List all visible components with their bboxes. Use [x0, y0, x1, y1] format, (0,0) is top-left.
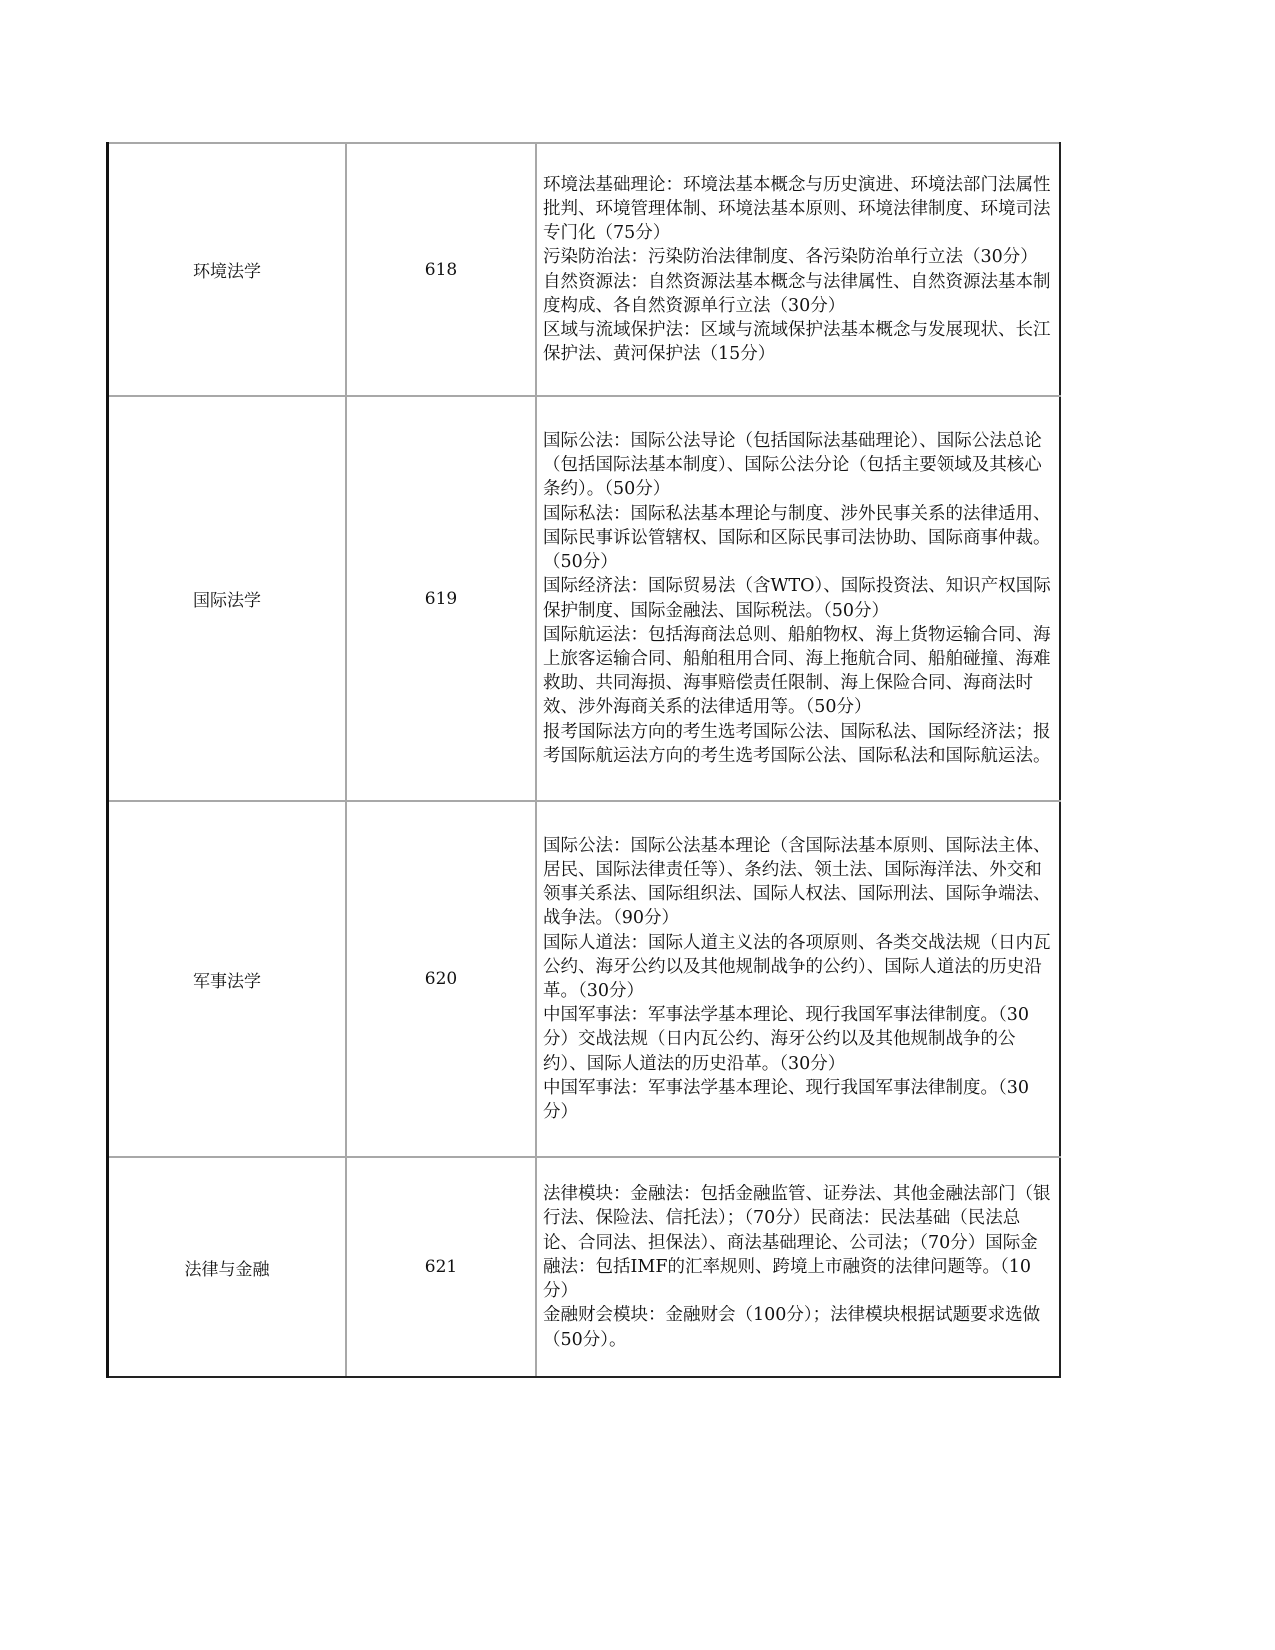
- content-paragraph: 法律模块：金融法：包括金融监管、证券法、其他金融法部门（银行法、保险法、信托法）…: [543, 1182, 1055, 1303]
- content-paragraph: 国际人道法：国际人道主义法的各项原则、各类交战法规（日内瓦公约、海牙公约以及其他…: [543, 931, 1055, 1004]
- subject-cell: 军事法学: [108, 801, 347, 1157]
- exam-code-cell: 618: [346, 143, 536, 396]
- content-paragraph: 国际经济法：国际贸易法（含WTO）、国际投资法、知识产权国际保护制度、国际金融法…: [543, 574, 1055, 622]
- subject-cell: 法律与金融: [108, 1157, 347, 1377]
- content-paragraph: 环境法基础理论：环境法基本概念与历史演进、环境法部门法属性批判、环境管理体制、环…: [543, 173, 1055, 246]
- content-cell: 国际公法：国际公法导论（包括国际法基础理论）、国际公法总论（包括国际法基本制度）…: [536, 396, 1060, 801]
- content-paragraph: 国际航运法：包括海商法总则、船舶物权、海上货物运输合同、海上旅客运输合同、船舶租…: [543, 623, 1055, 720]
- content-cell: 国际公法：国际公法基本理论（含国际法基本原则、国际法主体、居民、国际法律责任等）…: [536, 801, 1060, 1157]
- exam-syllabus-table: 环境法学 618 环境法基础理论：环境法基本概念与历史演进、环境法部门法属性批判…: [106, 142, 1061, 1378]
- exam-code-cell: 621: [346, 1157, 536, 1377]
- table-row: 军事法学 620 国际公法：国际公法基本理论（含国际法基本原则、国际法主体、居民…: [108, 801, 1061, 1157]
- document-page: 环境法学 618 环境法基础理论：环境法基本概念与历史演进、环境法部门法属性批判…: [0, 0, 1275, 1650]
- content-paragraph: 金融财会模块：金融财会（100分）；法律模块根据试题要求选做（50分）。: [543, 1303, 1055, 1351]
- content-paragraph: 中国军事法：军事法学基本理论、现行我国军事法律制度。（30分）交战法规（日内瓦公…: [543, 1003, 1055, 1076]
- content-paragraph: 中国军事法：军事法学基本理论、现行我国军事法律制度。（30分）: [543, 1076, 1055, 1124]
- content-paragraph: 国际公法：国际公法导论（包括国际法基础理论）、国际公法总论（包括国际法基本制度）…: [543, 429, 1055, 502]
- table-row: 环境法学 618 环境法基础理论：环境法基本概念与历史演进、环境法部门法属性批判…: [108, 143, 1061, 396]
- exam-code-cell: 619: [346, 396, 536, 801]
- exam-code-cell: 620: [346, 801, 536, 1157]
- content-paragraph: 自然资源法：自然资源法基本概念与法律属性、自然资源法基本制度构成、各自然资源单行…: [543, 270, 1055, 318]
- content-paragraph: 国际公法：国际公法基本理论（含国际法基本原则、国际法主体、居民、国际法律责任等）…: [543, 834, 1055, 931]
- table-row: 法律与金融 621 法律模块：金融法：包括金融监管、证券法、其他金融法部门（银行…: [108, 1157, 1061, 1377]
- content-paragraph: 污染防治法：污染防治法律制度、各污染防治单行立法（30分）: [543, 245, 1055, 269]
- subject-cell: 国际法学: [108, 396, 347, 801]
- table-row: 国际法学 619 国际公法：国际公法导论（包括国际法基础理论）、国际公法总论（包…: [108, 396, 1061, 801]
- content-paragraph: 国际私法：国际私法基本理论与制度、涉外民事关系的法律适用、国际民事诉讼管辖权、国…: [543, 502, 1055, 575]
- subject-cell: 环境法学: [108, 143, 347, 396]
- content-paragraph: 区域与流域保护法：区域与流域保护法基本概念与发展现状、长江保护法、黄河保护法（1…: [543, 318, 1055, 366]
- content-cell: 环境法基础理论：环境法基本概念与历史演进、环境法部门法属性批判、环境管理体制、环…: [536, 143, 1060, 396]
- content-cell: 法律模块：金融法：包括金融监管、证券法、其他金融法部门（银行法、保险法、信托法）…: [536, 1157, 1060, 1377]
- content-paragraph: 报考国际法方向的考生选考国际公法、国际私法、国际经济法；报考国际航运法方向的考生…: [543, 720, 1055, 768]
